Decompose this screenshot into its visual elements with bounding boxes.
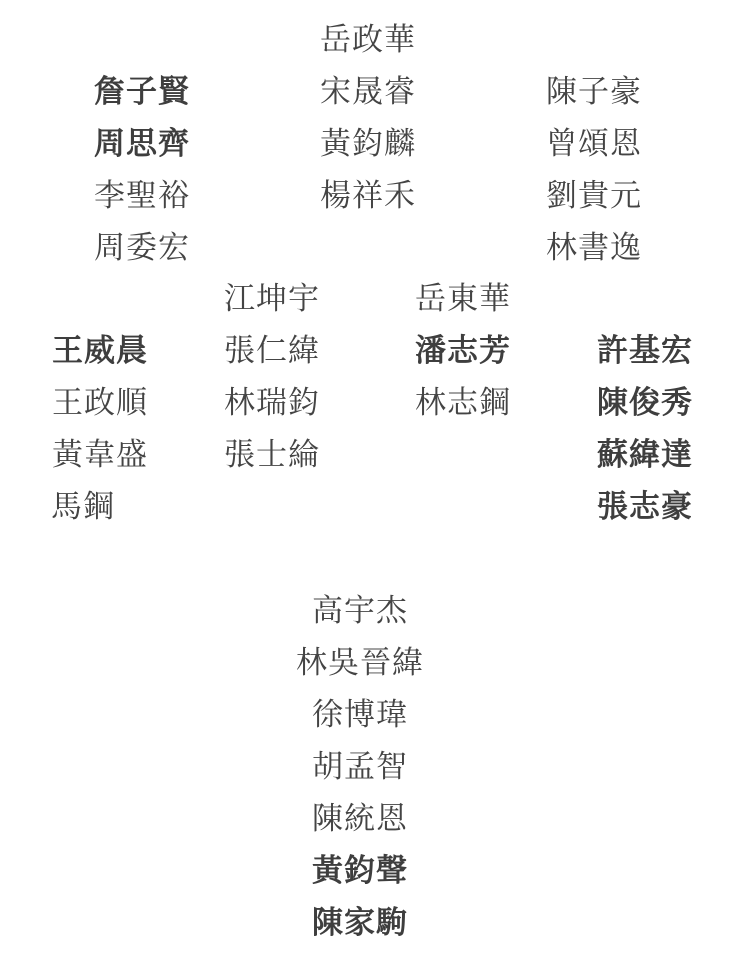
name-item: 高宇杰	[312, 591, 408, 631]
name-item: 黃鈞聲	[312, 851, 408, 891]
name-item: 陳家駒	[312, 903, 408, 943]
bottom-block: 高宇杰 林吳晉緯 徐博瑋 胡孟智 陳統恩 黃鈞聲 陳家駒	[0, 0, 750, 969]
name-item: 林吳晉緯	[296, 643, 424, 683]
name-item: 胡孟智	[312, 747, 408, 787]
name-item: 徐博瑋	[312, 695, 408, 735]
name-item: 陳統恩	[312, 799, 408, 839]
